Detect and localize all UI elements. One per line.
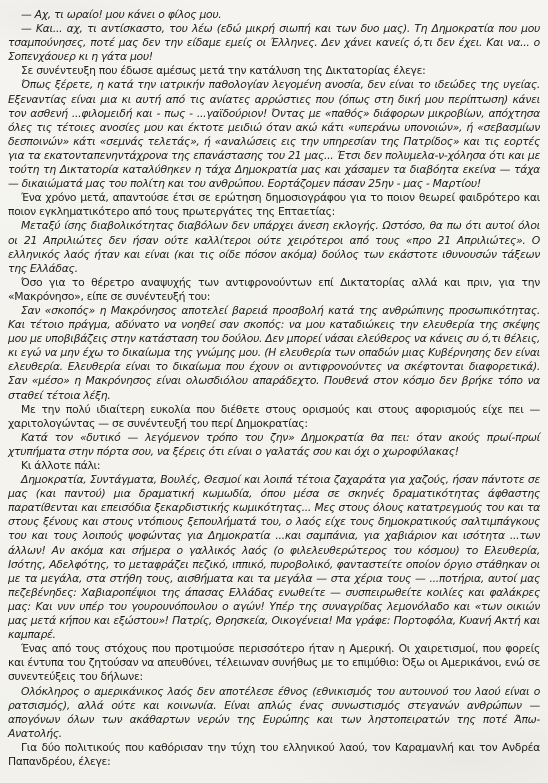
paragraph: Σαν «σκοπός» η Μακρόνησος αποτελεί βαρει… [8,304,540,403]
paragraph: — Αχ, τι ωραίο! μου κάνει ο φίλος μου. [8,8,540,22]
paragraph: Κατά τον «δυτικό — λεγόμενον τρόπο του ζ… [8,431,540,459]
document-text: — Αχ, τι ωραίο! μου κάνει ο φίλος μου.— … [8,8,540,769]
paragraph: Δημοκρατία, Συντάγματα, Βουλές, Θεσμοί κ… [8,473,540,642]
paragraph: Ολόκληρος ο αμερικάνικος λαός δεν αποτέλ… [8,685,540,741]
paragraph: Μεταξύ ίσης διαβολικότητας διαβόλων δεν … [8,219,540,275]
scanned-document-page: — Αχ, τι ωραίο! μου κάνει ο φίλος μου.— … [0,0,548,783]
paragraph: — Και... αχ, τι αντίσκαστο, του λέω (εδώ… [8,22,540,64]
paragraph: Με την πολύ ιδιαίτερη ευκολία που διέθετ… [8,403,540,431]
paragraph: Όσο για το θέρετρο αναψυχής των αντιφρον… [8,276,540,304]
paragraph: Ένα χρόνο μετά, απαντούσε έτσι σε ερώτησ… [8,191,540,219]
paragraph: Ένας από τους στόχους που προτιμούσε περ… [8,642,540,684]
paragraph: Για δύο πολιτικούς που καθόρισαν την τύχ… [8,741,540,769]
paragraph: Κι άλλοτε πάλι: [8,459,540,473]
paragraph: Σε συνέντευξη που έδωσε αμέσως μετά την … [8,64,540,78]
paragraph: Όπως ξέρετε, η κατά την ιατρικήν παθολογ… [8,78,540,191]
